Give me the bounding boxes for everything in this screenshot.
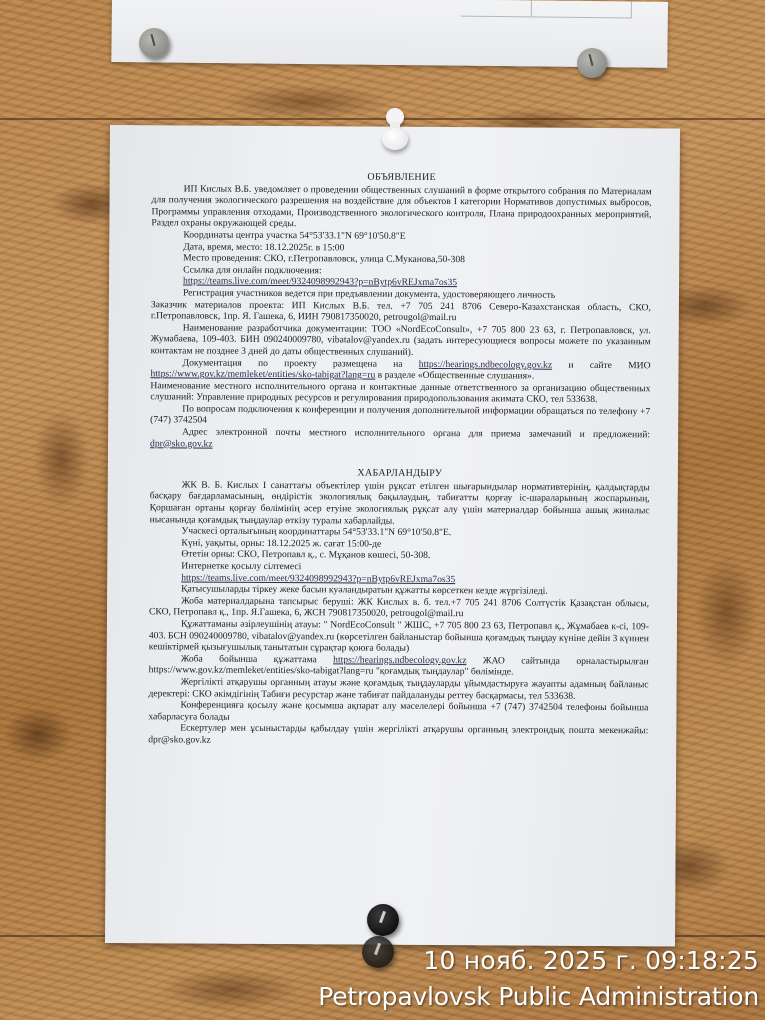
authority-ru: Наименование местного исполнительного ор… <box>150 380 650 406</box>
gov-kz-link-ru[interactable]: https://www.gov.kz/memleket/entities/sko… <box>150 368 375 380</box>
notice-paper: ОБЪЯВЛЕНИЕ ИП Кислых В.Б. уведомляет о п… <box>105 125 680 946</box>
docs-mid-ru: и сайте МИО <box>568 359 650 371</box>
table-fragment <box>461 0 632 18</box>
email-prefix-ru: Адрес электронной почты местного исполни… <box>182 427 650 441</box>
email-kz: Ескертулер мен ұсыныстарды қабылдау үшін… <box>148 723 648 749</box>
docs-prefix-kz: Жоба бойынша құжаттама <box>181 653 317 665</box>
docs-suffix-kz: "қоғамдық тыңдаулар" бөлімінде. <box>376 666 514 678</box>
developer-kz: Құжаттаманы әзірлеушінің атауы: " NordEc… <box>149 618 649 656</box>
gray-thumbtack-icon <box>577 48 607 78</box>
hearings-link-ru[interactable]: https://hearings.ndbecology.gov.kz <box>419 358 552 370</box>
docs-prefix-ru: Документация по проекту размещена на <box>183 357 403 369</box>
gov-kz-link-kz[interactable]: https://www.gov.kz/memleket/entities/sko… <box>149 665 374 677</box>
email-prefix-kz: Ескертулер мен ұсыныстарды қабылдау үшін… <box>180 723 648 737</box>
gray-thumbtack-icon <box>139 28 169 58</box>
notice-content: ОБЪЯВЛЕНИЕ ИП Кислых В.Б. уведомляет о п… <box>148 170 652 749</box>
photo-location: Petropavlovsk Public Administration <box>318 982 759 1011</box>
teams-link-kz[interactable]: https://teams.live.com/meet/932409899294… <box>181 572 455 585</box>
phone-info-kz: Конференцияға қосылу және қосымша ақпара… <box>148 699 648 725</box>
email-link-kz[interactable]: dpr@sko.gov.kz <box>148 734 211 745</box>
photo-timestamp: 10 нояб. 2025 г. 09:18:25 <box>423 946 759 975</box>
teams-link-ru[interactable]: https://teams.live.com/meet/932409899294… <box>183 276 457 289</box>
docs-mid-kz: ЖАО сайтында орналастырылған <box>483 655 649 667</box>
customer-kz: Жоба материалдарына тапсырыс беруші: ЖК … <box>149 595 649 621</box>
black-thumbtack-icon <box>367 904 399 936</box>
email-link-ru[interactable]: dpr@sko.gov.kz <box>150 438 213 449</box>
authority-kz: Жергілікті атқарушы органның атауы және … <box>148 676 648 702</box>
white-push-pin-icon <box>382 108 408 154</box>
email-ru: Адрес электронной почты местного исполни… <box>150 426 650 452</box>
documentation-kz: Жоба бойынша құжаттама https://hearings.… <box>149 653 649 679</box>
hearings-link-kz[interactable]: https://hearings.ndbecology.gov.kz <box>333 654 466 666</box>
black-thumbtack-icon <box>362 936 394 968</box>
developer-ru: Наименование разработчика документации: … <box>151 322 651 360</box>
docs-suffix-ru: в разделе «Общественные слушания». <box>378 370 535 382</box>
notice-intro-kz: ЖК В. Б. Кислых I санаттағы объектілер ү… <box>150 479 650 528</box>
phone-info-ru: По вопросам подключения к конференции и … <box>150 403 650 429</box>
customer-ru: Заказчик материалов проекта: ИП Кислых В… <box>151 299 651 325</box>
documentation-ru: Документация по проекту размещена на htt… <box>150 357 650 383</box>
notice-intro-ru: ИП Кислых В.Б. уведомляет о проведении о… <box>151 183 651 232</box>
